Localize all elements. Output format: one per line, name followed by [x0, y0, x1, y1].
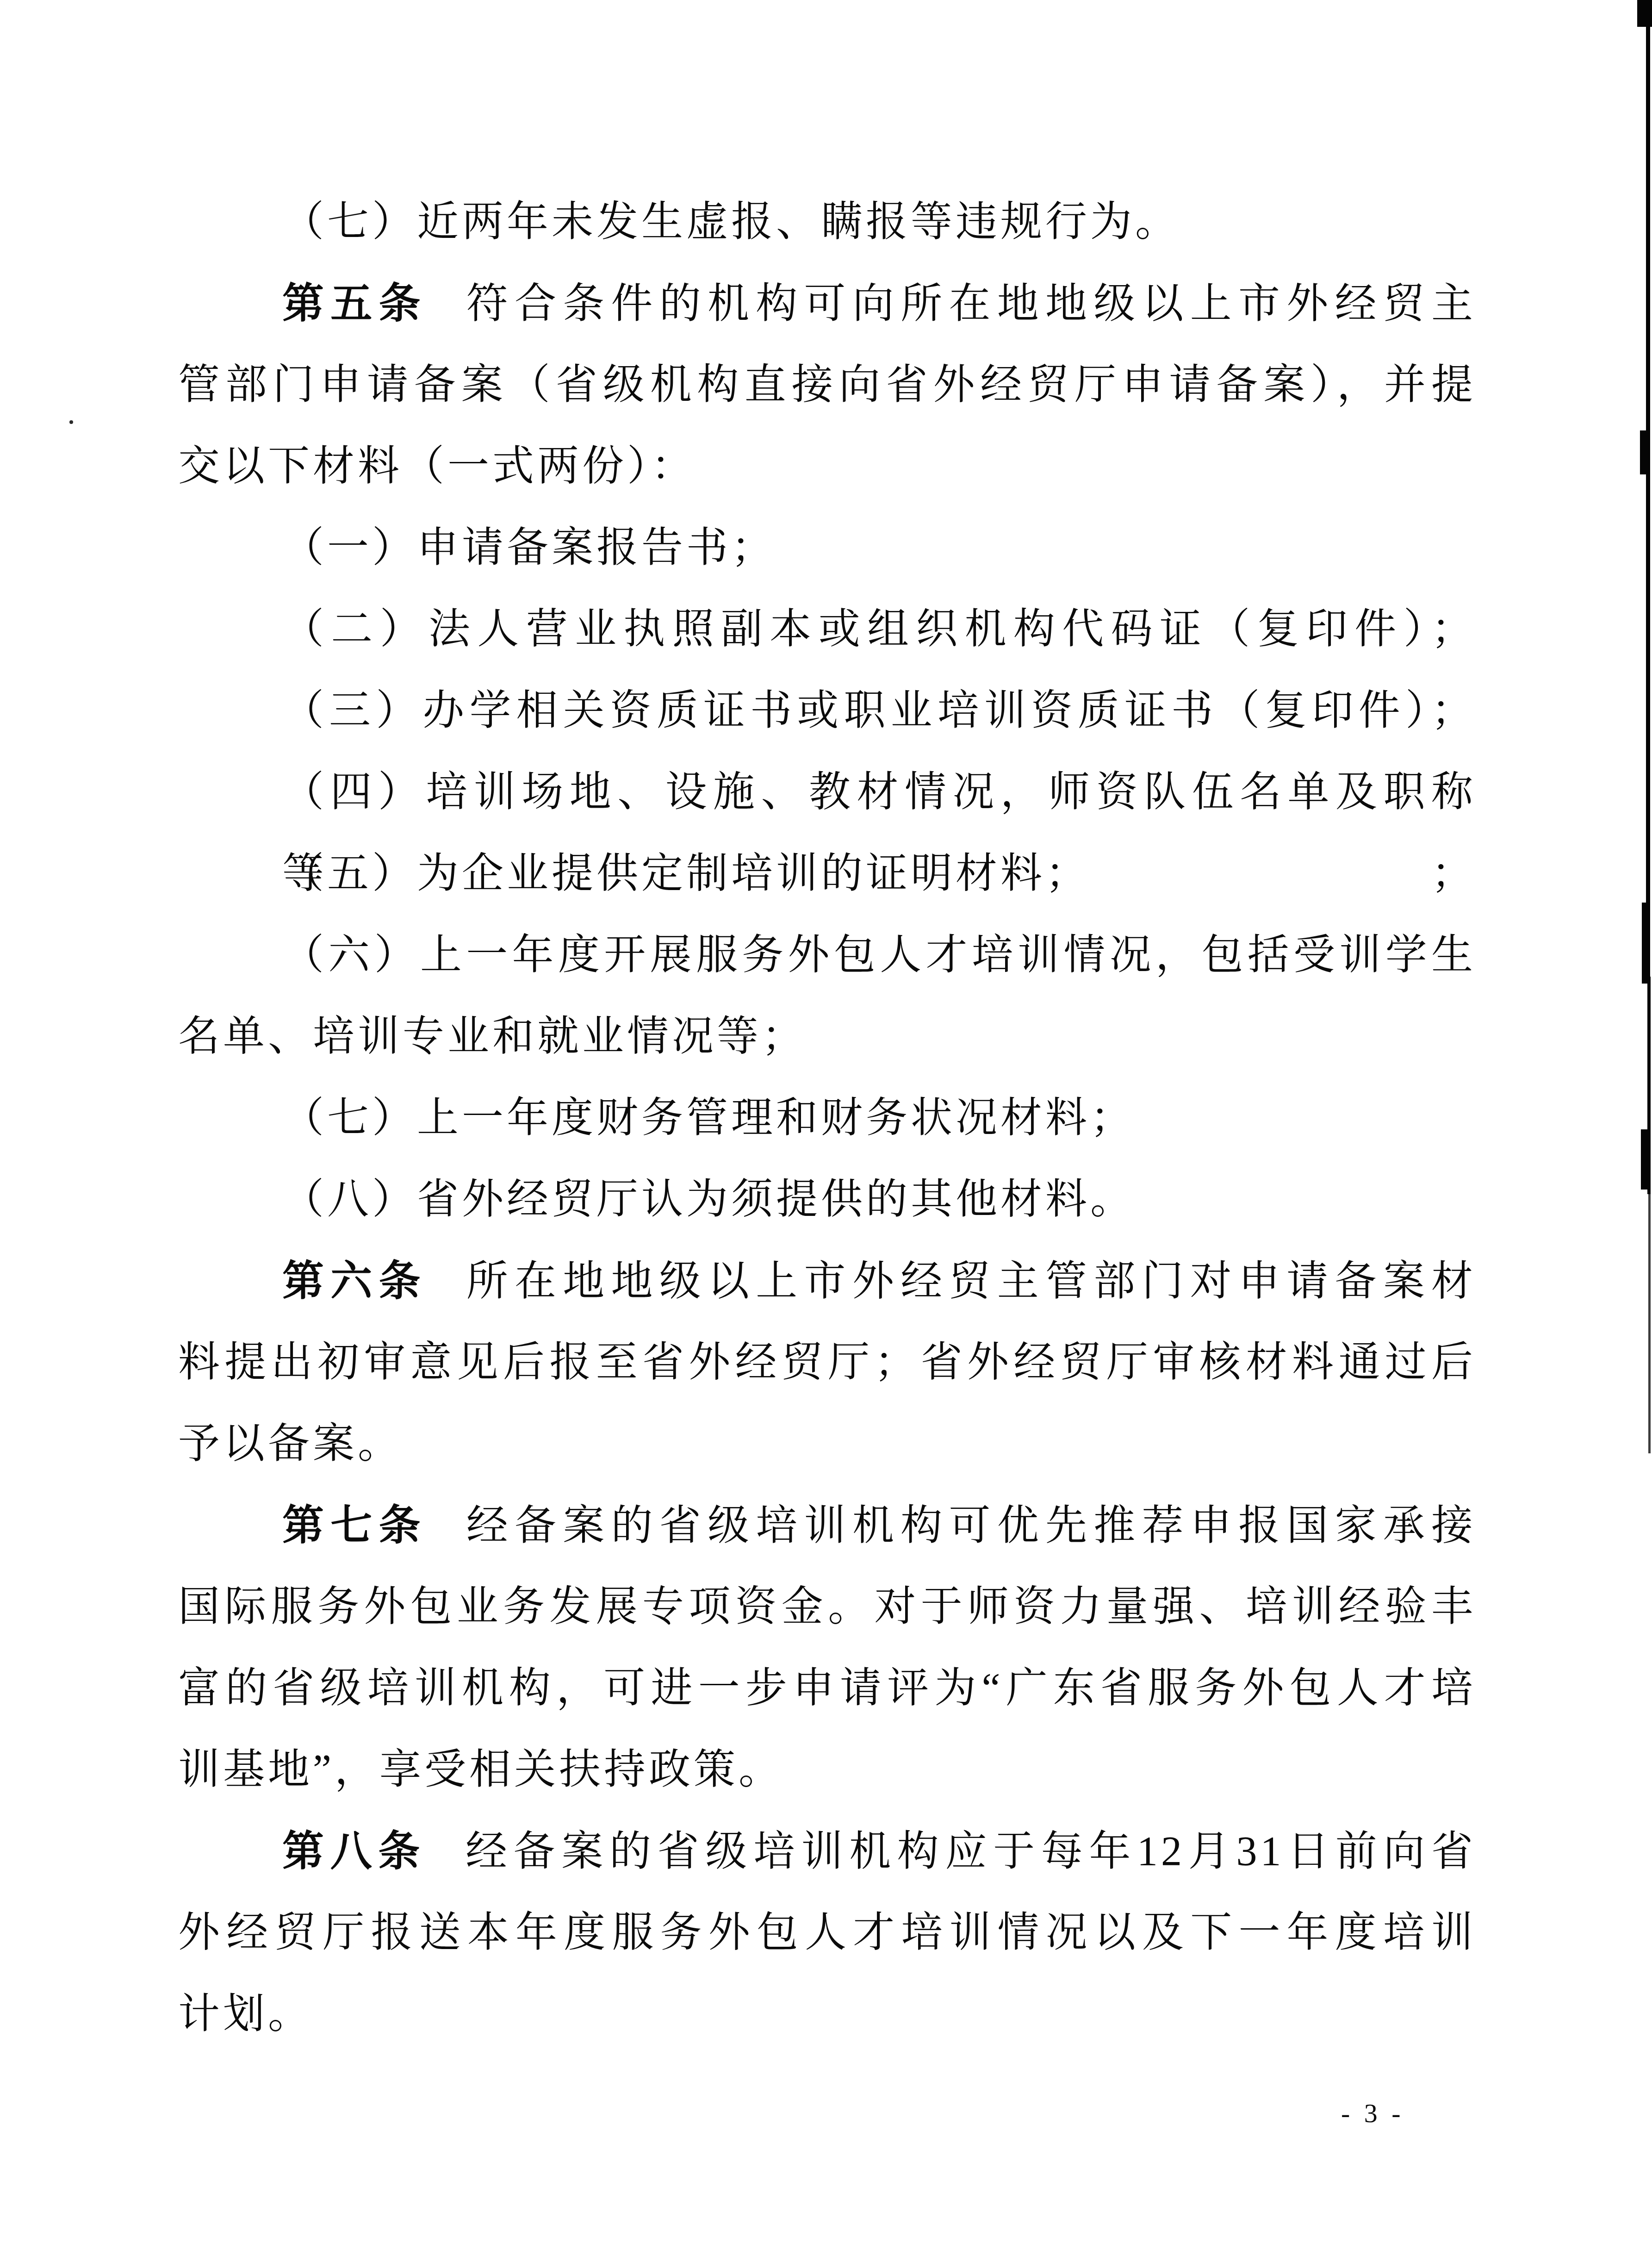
scan-edge-artifact-blob [1640, 430, 1647, 474]
line-text: 经备案的省级培训机构可优先推荐申报国家承接 [466, 1503, 1476, 1549]
document-page: （七）近两年未发生虚报、瞒报等违规行为。 第五条符合条件的机构可向所在地地级以上… [0, 0, 1652, 2255]
text-line: 第七条经备案的省级培训机构可优先推荐申报国家承接 [178, 1485, 1476, 1566]
text-line: 富的省级培训机构，可进一步申请评为“广东省服务外包人才培 [178, 1648, 1476, 1729]
text-line: 外经贸厅报送本年度服务外包人才培训情况以及下一年度培训 [178, 1892, 1476, 1974]
scan-edge-artifact-blob [1642, 903, 1650, 984]
text-line: 训基地”，享受相关扶持政策。 [178, 1729, 1476, 1811]
article-heading: 第六条 [282, 1258, 427, 1304]
text-line: （七）近两年未发生虚报、瞒报等违规行为。 [178, 181, 1476, 263]
text-line: 管部门申请备案（省级机构直接向省外经贸厅申请备案），并提 [178, 344, 1476, 426]
text-line: （二）法人营业执照副本或组织机构代码证（复印件）； [178, 589, 1476, 670]
document-body: （七）近两年未发生虚报、瞒报等违规行为。 第五条符合条件的机构可向所在地地级以上… [178, 181, 1476, 2055]
text-line: 计划。 [178, 1974, 1476, 2055]
scan-edge-artifact-blob [1641, 1129, 1650, 1190]
scan-dot-artifact [69, 420, 73, 424]
page-number: - 3 - [1341, 2094, 1404, 2133]
text-line: 名单、培训专业和就业情况等； [178, 996, 1476, 1078]
article-heading: 第五条 [282, 280, 427, 327]
article-heading: 第七条 [282, 1502, 427, 1549]
text-line: 第六条所在地地级以上市外经贸主管部门对申请备案材 [178, 1240, 1476, 1322]
scan-edge-artifact-segment [1648, 1194, 1651, 1453]
text-line: 予以备案。 [178, 1403, 1476, 1485]
text-line: 料提出初审意见后报至省外经贸厅；省外经贸厅审核材料通过后 [178, 1322, 1476, 1403]
scan-edge-artifact-segment [1646, 0, 1650, 977]
text-line: 第五条符合条件的机构可向所在地地级以上市外经贸主 [178, 263, 1476, 344]
text-line: （八）省外经贸厅认为须提供的其他材料。 [178, 1159, 1476, 1240]
text-line: 国际服务外包业务发展专项资金。对于师资力量强、培训经验丰 [178, 1566, 1476, 1648]
line-text: 符合条件的机构可向所在地地级以上市外经贸主 [466, 281, 1476, 327]
text-line: （三）办学相关资质证书或职业培训资质证书（复印件）； [178, 670, 1476, 752]
text-line: 交以下材料（一式两份）： [178, 426, 1476, 507]
text-line: （七）上一年度财务管理和财务状况材料； [178, 1078, 1476, 1159]
article-heading: 第八条 [282, 1828, 426, 1875]
scan-edge-artifact-blob [1637, 0, 1652, 27]
text-line: （四）培训场地、设施、教材情况，师资队伍名单及职称等； [178, 752, 1476, 833]
line-text: 经备案的省级培训机构应于每年12月31日前向省 [466, 1829, 1476, 1875]
line-text: 所在地地级以上市外经贸主管部门对申请备案材 [466, 1258, 1476, 1304]
text-line: （一）申请备案报告书； [178, 507, 1476, 589]
text-line: （六）上一年度开展服务外包人才培训情况，包括受训学生 [178, 915, 1476, 996]
text-line: 第八条经备案的省级培训机构应于每年12月31日前向省 [178, 1811, 1476, 1892]
